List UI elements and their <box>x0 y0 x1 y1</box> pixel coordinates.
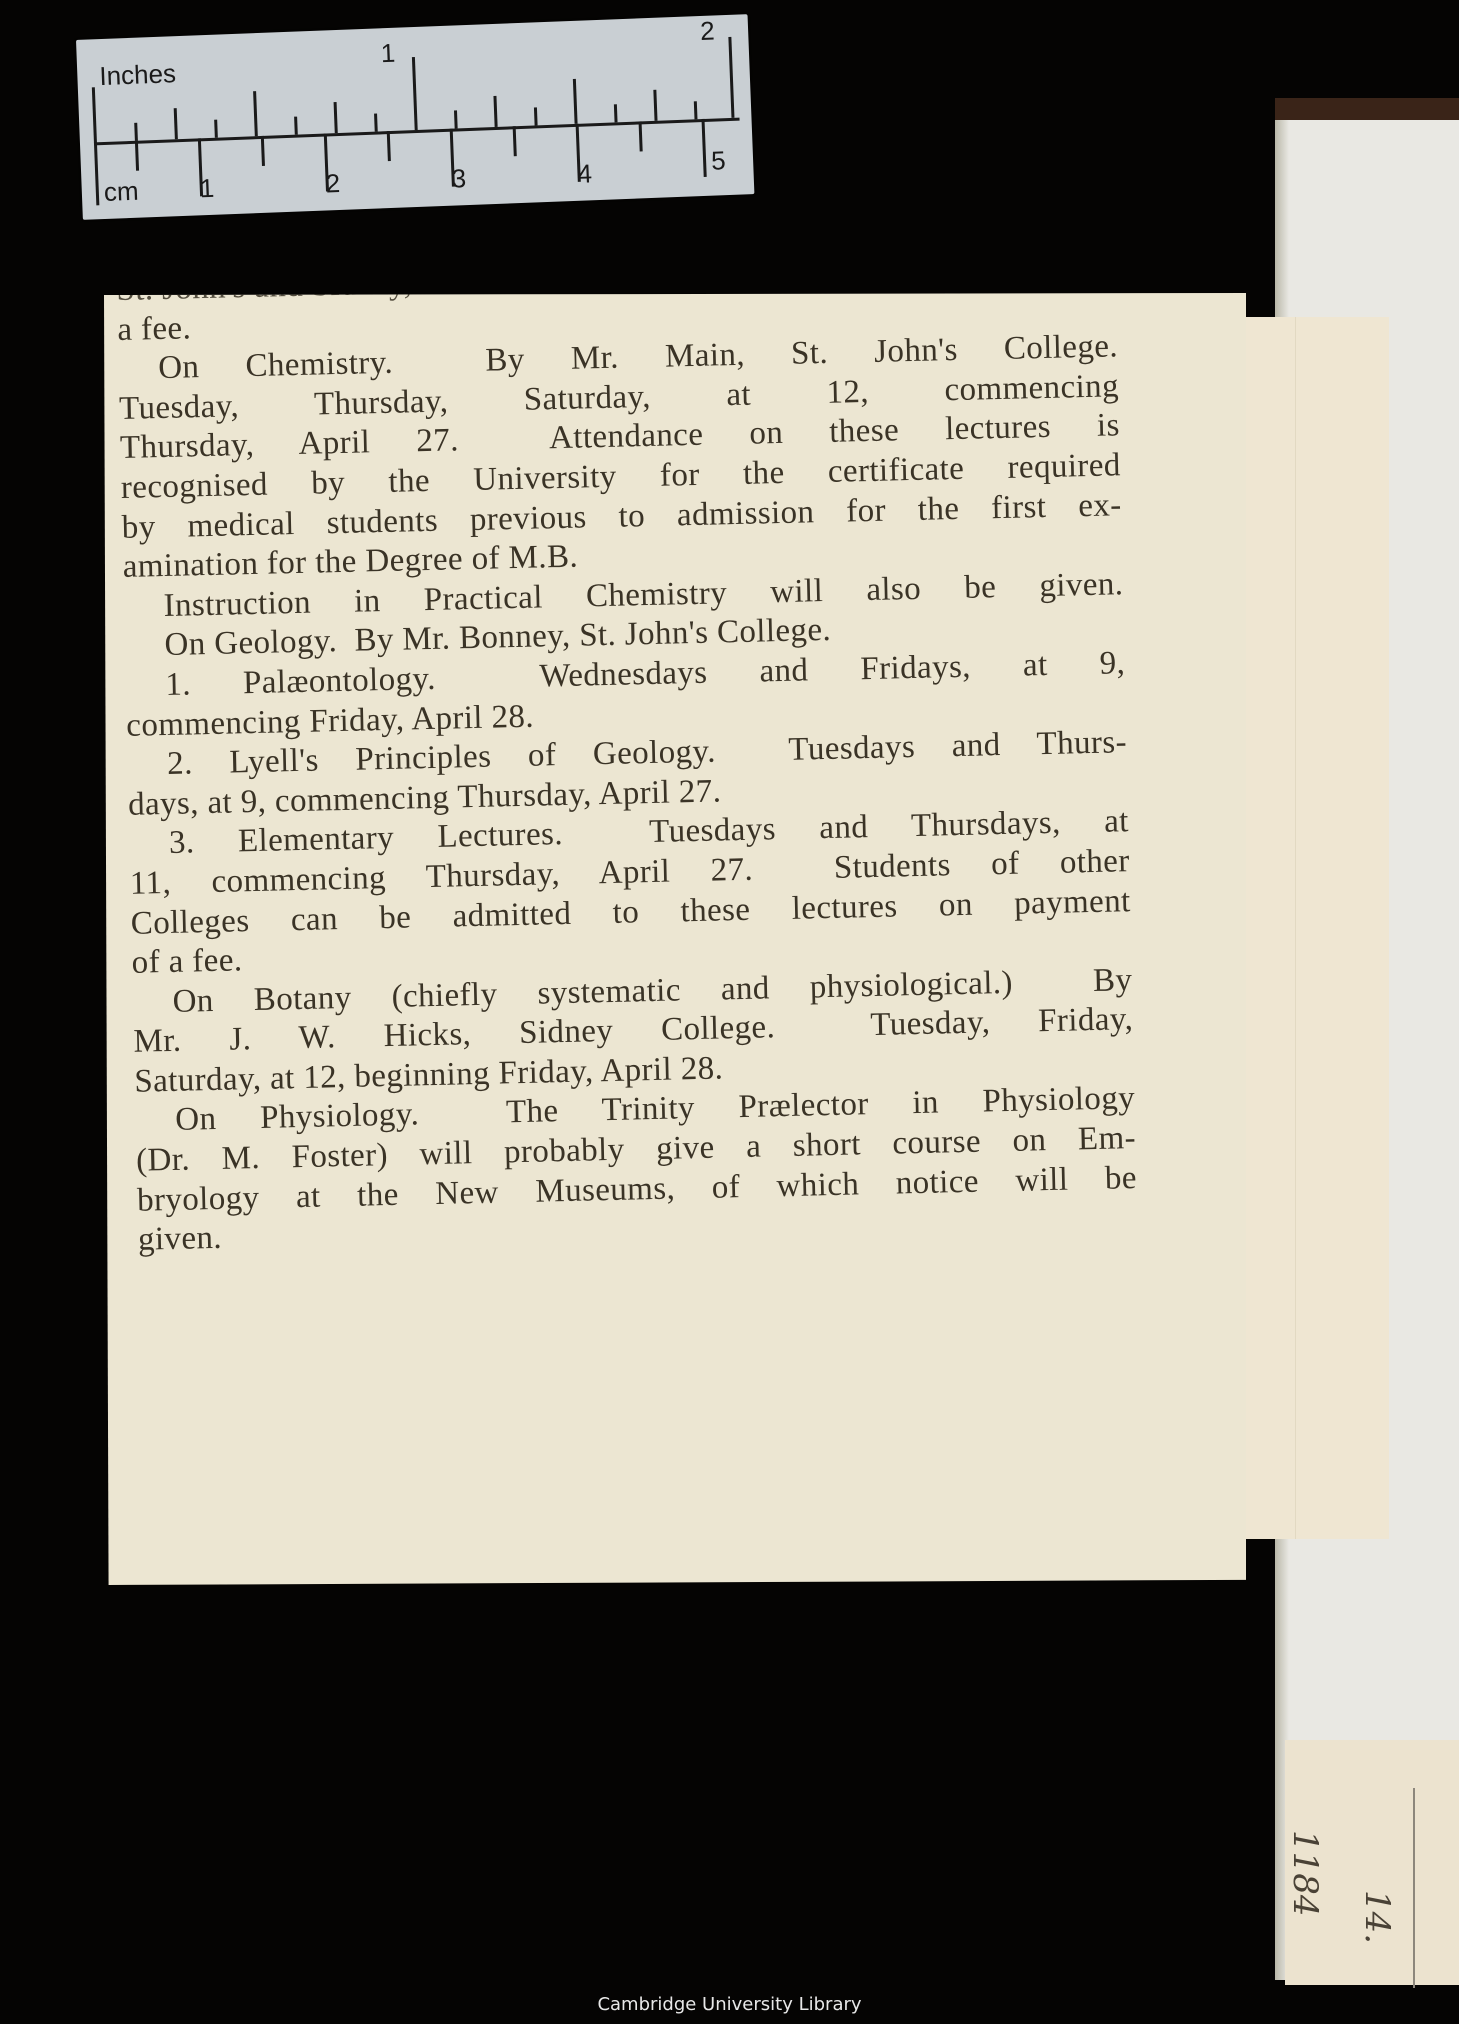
handwritten-number: 1184 <box>1285 1830 1325 1917</box>
ruler-tick <box>639 121 643 151</box>
ruler-tick <box>214 120 218 138</box>
ruler-tick <box>294 117 298 135</box>
handwritten-number: 14. <box>1357 1890 1397 1944</box>
ruler-tick <box>92 87 100 205</box>
ruler-tick <box>174 108 178 139</box>
paper-fold-line <box>1295 317 1296 1539</box>
ruler-tick <box>334 102 338 133</box>
footer-credit: Cambridge University Library <box>0 1986 1459 2024</box>
ruler-tick <box>614 104 618 122</box>
ruler-inch-2: 2 <box>700 15 716 47</box>
ruler-tick <box>534 107 538 125</box>
ruler-tick <box>450 129 455 187</box>
handwritten-card: 1184 14. <box>1285 1740 1459 1985</box>
ruler-tick <box>387 131 391 161</box>
ruler-tick <box>576 124 581 182</box>
ruler-cm-5: 5 <box>711 145 727 177</box>
pencil-line <box>1413 1788 1415 1988</box>
scale-ruler: Inches 1 2 cm 1 2 3 4 5 <box>76 14 754 220</box>
ruler-tick <box>513 126 517 156</box>
ruler-tick <box>694 101 698 119</box>
ruler-tick <box>454 110 458 128</box>
ruler-tick <box>412 57 418 130</box>
album-page-edge <box>1275 98 1459 120</box>
ruler-tick <box>728 37 734 118</box>
ruler-cm-label: cm <box>103 176 139 208</box>
newspaper-clipping: St. John's and Sidney, a fee. On Chemist… <box>104 293 1246 1585</box>
ruler-tick <box>573 79 578 124</box>
clipping-text: St. John's and Sidney, a fee. On Chemist… <box>116 248 1138 1260</box>
ruler-tick <box>134 123 138 141</box>
ruler-tick <box>324 133 329 191</box>
paper-strip <box>1222 317 1389 1539</box>
ruler-tick <box>701 119 706 177</box>
ruler-inch-1: 1 <box>380 38 396 70</box>
ruler-tick <box>261 136 265 166</box>
ruler-tick <box>253 91 258 136</box>
ruler-tick <box>135 141 139 171</box>
ruler-tick <box>198 138 203 196</box>
ruler-tick <box>374 113 378 131</box>
ruler-inches-label: Inches <box>99 58 177 92</box>
ruler-tick <box>493 96 497 127</box>
ruler-tick <box>653 90 657 121</box>
